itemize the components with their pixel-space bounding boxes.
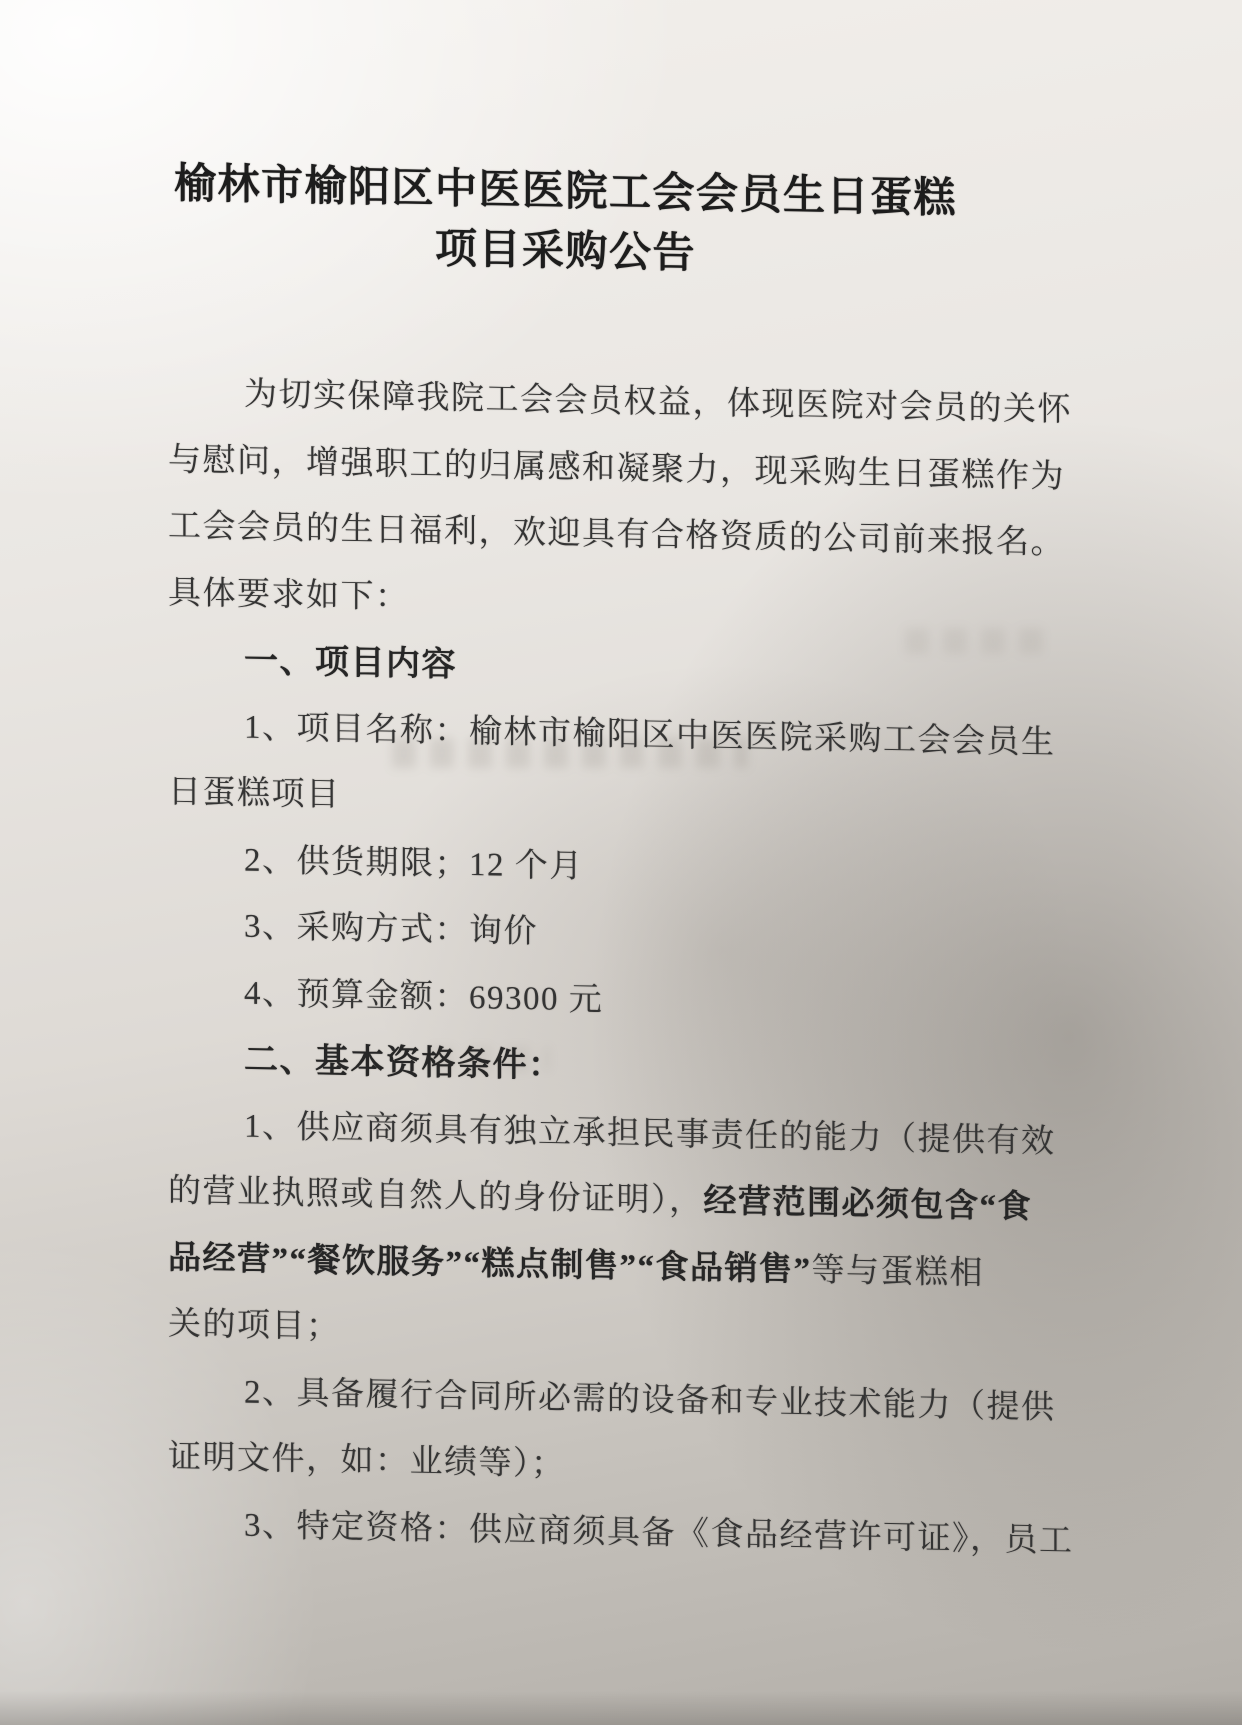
document-text-bold: 一、项目内容 — [244, 642, 457, 684]
document-text: 关的项目； — [168, 1306, 341, 1345]
document-text-bold: 品经营”“餐饮服务”“糕点制售”“食品销售” — [168, 1240, 812, 1288]
document-text: 等与蛋糕相 — [812, 1252, 985, 1291]
document-body: 为切实保障我院工会会员权益，体现医院对会员的关怀与慰问，增强职工的归属感和凝聚力… — [168, 360, 1067, 1574]
document-text: 2、具备履行合同所必需的设备和专业技术能力（提供 — [244, 1374, 1056, 1426]
document-text: 3、特定资格：供应商须具备《食品经营许可证》，员工 — [244, 1507, 1074, 1559]
document-text: 与慰问，增强职工的归属感和凝聚力，现采购生日蛋糕作为 — [168, 442, 1065, 495]
document-text: 1、供应商须具有独立承担民事责任的能力（提供有效 — [244, 1108, 1056, 1160]
document-text-bold: 二、基本资格条件： — [244, 1041, 564, 1085]
document-text: 工会会员的生日福利，欢迎具有合格资质的公司前来报名。 — [168, 508, 1065, 561]
document-text: 3、采购方式：询价 — [244, 909, 538, 951]
document-text-bold: 经营范围必须包含“食 — [704, 1184, 1033, 1226]
document-text: 日蛋糕项目 — [168, 774, 341, 813]
document-text: 证明文件，如：业绩等）； — [168, 1439, 566, 1483]
document-text: 4、预算金额：69300 元 — [244, 975, 603, 1018]
document-text: 1、项目名称：榆林市榆阳区中医医院采购工会会员生 — [244, 709, 1056, 761]
document-page: 榆林市榆阳区中医医院工会会员生日蛋糕项目采购公告 为切实保障我院工会会员权益，体… — [0, 0, 1242, 1578]
page-title: 榆林市榆阳区中医医院工会会员生日蛋糕项目采购公告 — [116, 152, 1015, 289]
document-text: 的营业执照或自然人的身份证明）， — [168, 1173, 704, 1219]
document-text: 为切实保障我院工会会员权益，体现医院对会员的关怀 — [244, 377, 1072, 429]
document-text: 具体要求如下： — [168, 575, 410, 616]
document-photo: 榆林市榆阳区中医医院工会会员生日蛋糕项目采购公告 为切实保障我院工会会员权益，体… — [0, 0, 1242, 1725]
document-text: 2、供货期限；12 个月 — [244, 842, 584, 885]
